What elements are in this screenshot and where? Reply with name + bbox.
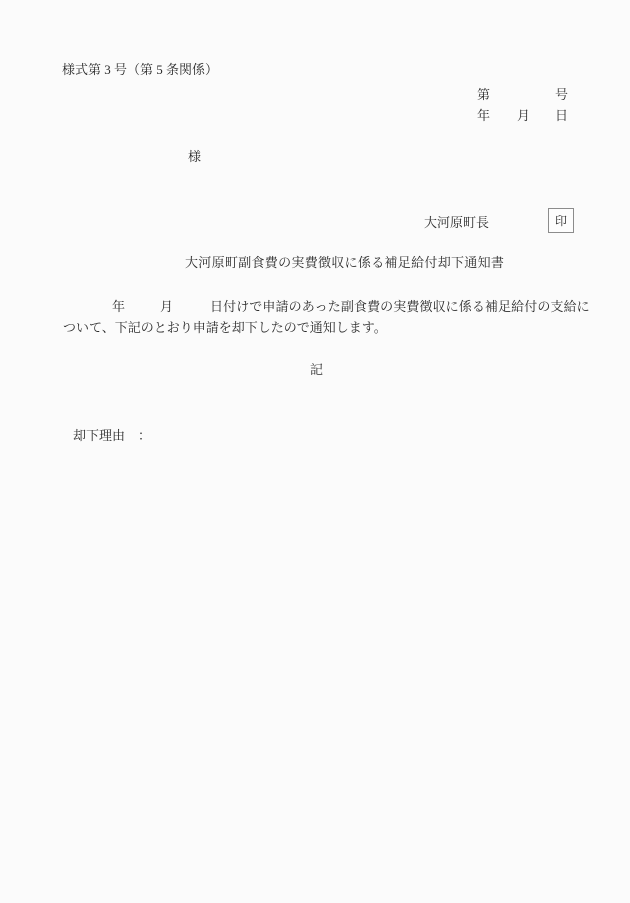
- rejection-reason-label: 却下理由 ：: [73, 429, 151, 442]
- sender-title: 大河原町長: [424, 216, 489, 229]
- addressee-suffix-label: 様: [188, 150, 201, 163]
- form-number-label: 様式第 3 号（第 5 条関係）: [62, 63, 218, 76]
- document-page: 様式第 3 号（第 5 条関係） 第 号 年 月 日 様 大河原町長 印 大河原…: [0, 0, 630, 903]
- seal-label: 印: [555, 215, 567, 227]
- date-day-label: 日: [555, 109, 568, 122]
- date-year-label: 年: [477, 109, 490, 122]
- document-number-prefix: 第: [477, 88, 490, 101]
- body-paragraph-line1: 日付けで申請のあった副食費の実費徴収に係る補足給付の支給に: [210, 300, 590, 313]
- document-title: 大河原町副食費の実費徴収に係る補足給付却下通知書: [185, 256, 504, 269]
- seal-box: 印: [548, 208, 574, 233]
- record-marker: 記: [310, 363, 323, 376]
- body-paragraph-line2: ついて、下記のとおり申請を却下したので通知します。: [63, 321, 387, 334]
- date-month-label: 月: [517, 109, 530, 122]
- body-date-month-blank: 月: [160, 300, 173, 313]
- document-number-suffix: 号: [555, 88, 568, 101]
- body-date-year-blank: 年: [112, 300, 125, 313]
